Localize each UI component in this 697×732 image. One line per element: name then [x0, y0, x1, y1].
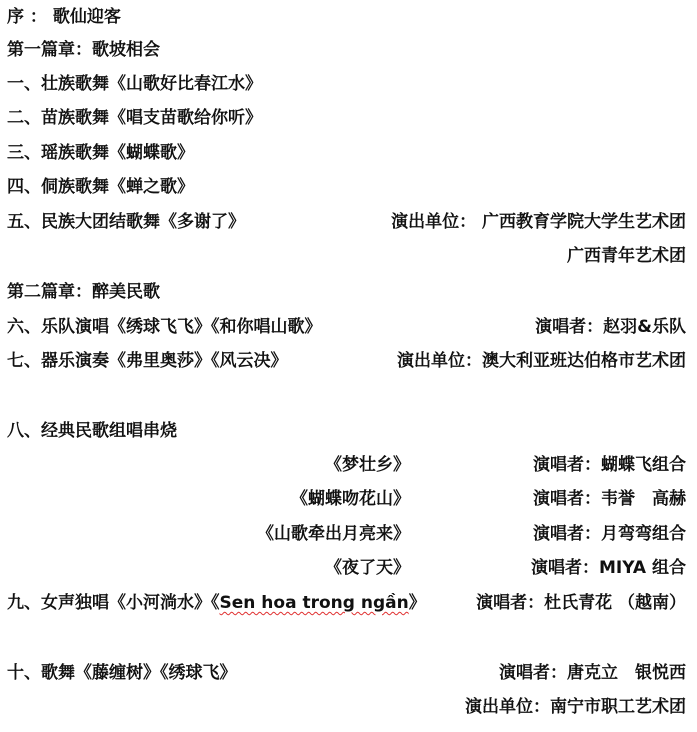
program-item-5-unit2-row: 广西青年艺术团 [0, 239, 697, 273]
program-item-4: 四、侗族歌舞《蝉之歌》 [0, 170, 697, 204]
item-9-performer: 演唱者：杜氏青花 （越南） [476, 586, 686, 620]
item-7-unit: 演出单位：澳大利亚班达伯格市艺术团 [397, 344, 686, 378]
item-1-text: 一、壮族歌舞《山歌好比春江水》 [7, 67, 262, 101]
chapter1-row: 第一篇章：歌坡相会 [0, 33, 697, 67]
item-9-foreign-title: Sen hoa trong ngần [220, 593, 409, 613]
item-5-unit: 演出单位： 广西教育学院大学生艺术团 [391, 205, 686, 239]
program-item-3: 三、瑶族歌舞《蝴蝶歌》 [0, 136, 697, 170]
medley-song-row: 《蝴蝶吻花山》 演唱者：韦誉 高赫 [0, 482, 697, 516]
program-item-10-unit-row: 演出单位：南宁市职工艺术团 [0, 690, 697, 724]
item-6-text: 六、乐队演唱《绣球飞飞》《和你唱山歌》 [7, 310, 322, 344]
medley-song-title: 《梦壮乡》 [325, 448, 410, 482]
chapter1-title: 第一篇章：歌坡相会 [7, 33, 160, 67]
chapter2-row: 第二篇章：醉美民歌 [0, 275, 697, 309]
program-item-9: 九、女声独唱《小河淌水》《Sen hoa trong ngần》 演唱者：杜氏青… [0, 586, 697, 620]
program-item-10: 十、歌舞《藤缠树》《绣球飞》 演唱者：唐克立 银悦西 [0, 656, 697, 690]
medley-song-performer: 演唱者：MIYA 组合 [531, 551, 686, 585]
program-item-8: 八、经典民歌组唱串烧 [0, 414, 697, 448]
medley-song-performer: 演唱者：月弯弯组合 [533, 517, 686, 551]
item-10-unit: 演出单位：南宁市职工艺术团 [465, 690, 686, 724]
item-7-text: 七、器乐演奏《弗里奥莎》《风云决》 [7, 344, 288, 378]
program-item-2: 二、苗族歌舞《唱支苗歌给你听》 [0, 101, 697, 135]
item-5-unit2: 广西青年艺术团 [567, 239, 686, 273]
program-item-6: 六、乐队演唱《绣球飞飞》《和你唱山歌》 演唱者：赵羽&乐队 [0, 310, 697, 344]
medley-song-row: 《梦壮乡》 演唱者：蝴蝶飞组合 [0, 448, 697, 482]
item-9-suffix: 》 [409, 593, 426, 613]
prologue-text: 序 ： 歌仙迎客 [7, 0, 121, 34]
medley-song-title: 《山歌牵出月亮来》 [257, 517, 410, 551]
item-10-text: 十、歌舞《藤缠树》《绣球飞》 [7, 656, 237, 690]
program-item-1: 一、壮族歌舞《山歌好比春江水》 [0, 67, 697, 101]
item-10-performer: 演唱者：唐克立 银悦西 [499, 656, 686, 690]
medley-song-title: 《夜了天》 [325, 551, 410, 585]
medley-song-row: 《夜了天》 演唱者：MIYA 组合 [0, 551, 697, 585]
medley-song-performer: 演唱者：韦誉 高赫 [533, 482, 686, 516]
medley-song-title: 《蝴蝶吻花山》 [291, 482, 410, 516]
item-6-performer: 演唱者：赵羽&乐队 [535, 310, 686, 344]
medley-song-row: 《山歌牵出月亮来》 演唱者：月弯弯组合 [0, 517, 697, 551]
item-8-text: 八、经典民歌组唱串烧 [7, 414, 177, 448]
program-item-5: 五、民族大团结歌舞《多谢了》 演出单位： 广西教育学院大学生艺术团 [0, 205, 697, 239]
prologue-row: 序 ： 歌仙迎客 [0, 0, 697, 34]
item-4-text: 四、侗族歌舞《蝉之歌》 [7, 170, 194, 204]
item-9-text: 九、女声独唱《小河淌水》《Sen hoa trong ngần》 [7, 586, 426, 620]
medley-song-performer: 演唱者：蝴蝶飞组合 [533, 448, 686, 482]
program-item-7: 七、器乐演奏《弗里奥莎》《风云决》 演出单位：澳大利亚班达伯格市艺术团 [0, 344, 697, 378]
item-3-text: 三、瑶族歌舞《蝴蝶歌》 [7, 136, 194, 170]
item-5-text: 五、民族大团结歌舞《多谢了》 [7, 205, 245, 239]
chapter2-title: 第二篇章：醉美民歌 [7, 275, 160, 309]
item-2-text: 二、苗族歌舞《唱支苗歌给你听》 [7, 101, 262, 135]
item-9-prefix: 九、女声独唱《小河淌水》《 [7, 593, 220, 613]
